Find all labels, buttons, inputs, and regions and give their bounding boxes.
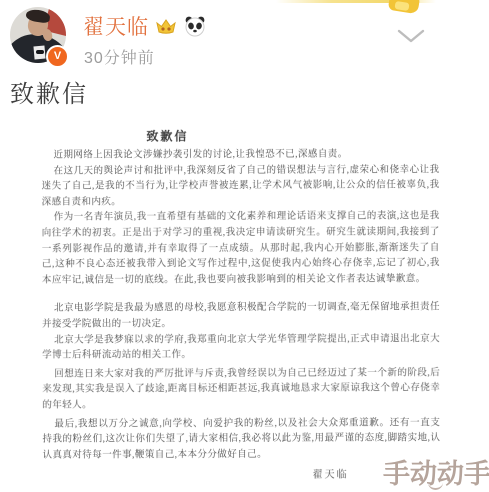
letter-paragraph: 作为一名青年演员,我一直希望有基础的文化素养和理论话语来支撑自己的表演,这也是我… <box>42 210 440 289</box>
username[interactable]: 翟天临 <box>83 11 149 41</box>
letter-title: 致歉信 <box>146 126 439 144</box>
letter-paragraph: 北京大学是我梦寐以求的学府,我郑重向北京大学光华管理学院提出,正式申请退出北京大… <box>42 332 440 365</box>
letter-paragraph: 在这几天的舆论声讨和批评中,我深刻反省了自己的错误想法与言行,虚荣心和侥幸心让我… <box>42 163 440 211</box>
crown-icon <box>155 17 177 36</box>
verified-badge-icon: V <box>46 45 69 68</box>
letter-paragraph: 近期网络上因我论文涉嫌抄袭引发的讨论,让我惶恐不已,深感自责。 <box>41 147 439 164</box>
panda-icon <box>183 14 207 38</box>
timestamp: 30分钟前 <box>84 45 155 68</box>
letter-paragraph: 最后,我想以万分之诚意,向学校、向爱护我的粉丝,以及社会大众郑重道歉。还有一直支… <box>42 416 440 464</box>
letter-paragraph: 北京电影学院是我最为感恩的母校,我愿意积极配合学院的一切调查,毫无保留地承担责任… <box>42 301 440 334</box>
avatar-bowtie <box>36 50 44 54</box>
chevron-down-icon[interactable] <box>396 28 426 49</box>
letter-paragraph: 回想连日来大家对我的严厉批评与斥责,我曾经误以为自己已经迈过了某一个新的阶段,后… <box>42 366 440 414</box>
letter-image[interactable]: 致歉信 近期网络上因我论文涉嫌抄袭引发的讨论,让我惶恐不已,深感自责。 在这几天… <box>41 126 440 482</box>
post-text: 致歉信 <box>10 74 88 109</box>
